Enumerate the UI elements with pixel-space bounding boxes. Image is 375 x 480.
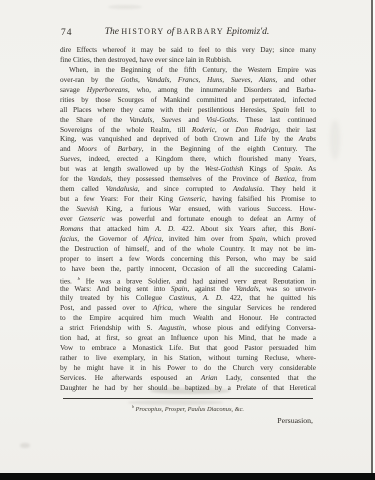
text-line: Romans that attacked him A. D. 422. Abou… [60, 224, 316, 234]
text-line: proper to insert a few Words concerning … [60, 254, 316, 264]
text-segment: Services. He afterwards espoused an [60, 373, 201, 382]
text-segment: A. D. [203, 293, 223, 302]
text-segment: facius [60, 234, 77, 243]
text-line: Vow to embrace a Monastick Life. But tha… [60, 343, 316, 353]
text-line: fine Cities, then destroyed, have ever s… [60, 55, 316, 65]
text-segment: over-ran by the [60, 75, 121, 84]
text-segment: Bætica [275, 174, 295, 183]
text-segment: A. D. [155, 224, 175, 233]
text-segment: them called [60, 184, 106, 193]
text-line: but a few Years: For their King Genseric… [60, 194, 316, 204]
scan-smudge [330, 120, 340, 160]
text-segment: the Share of the [60, 115, 129, 124]
text-segment: rities by those Scourges of Mankind comm… [60, 95, 316, 104]
text-segment: , the Governor of [77, 234, 143, 243]
text-segment: Kings of [243, 164, 284, 173]
text-line: to the Empire acquired him much Wealth a… [60, 313, 316, 323]
text-segment: He was a brave Soldier, and had gained v… [80, 276, 316, 284]
text-line: King, was vanquished and deprived of bot… [60, 134, 316, 144]
text-line: When, in the Beginning of the fifth Cent… [60, 65, 316, 75]
text-segment: Lady, consented that the [217, 373, 316, 382]
text-segment: Africa [144, 234, 162, 243]
text-segment: , having falsified his Promise to [205, 194, 316, 203]
text-segment: Vandalusia [106, 184, 138, 193]
text-segment: Vandals [236, 284, 259, 293]
text-segment: Spain [273, 105, 289, 114]
text-segment: Sovereigns of the whole Realm, till [60, 125, 192, 134]
text-segment: King, a furious War ensued, with various… [99, 204, 316, 213]
text-segment: . These last continued [237, 115, 316, 124]
text-line: Sueves, indeed, erected a Kingdom there,… [60, 154, 316, 164]
text-line: rather to live exemplary, in his Station… [60, 353, 316, 363]
text-segment: , was so unwor- [259, 284, 316, 293]
running-title: The History of Barbary Epitomiz'd. [58, 27, 316, 37]
text-segment: Epitomiz'd. [224, 27, 269, 37]
text-segment: and other [277, 75, 316, 84]
text-segment: , who, among the innumerable Disorders a… [128, 85, 316, 94]
text-segment: Goths, Vandals, Francs, Huns, Sueves, Al… [121, 75, 278, 84]
text-line: the Suevish King, a furious War ensued, … [60, 204, 316, 214]
text-line: rities by those Scourges of Mankind comm… [60, 95, 316, 105]
text-segment: . As [301, 164, 316, 173]
text-segment: , [194, 293, 203, 302]
text-segment: savage [60, 85, 87, 94]
text-line: savage Hyperboreans, who, among the innu… [60, 85, 316, 95]
text-segment: proper to insert a few Words concerning … [60, 254, 316, 263]
text-segment: the Wars: And being sent into [60, 284, 171, 293]
text-segment: Visi-Goths [206, 115, 236, 124]
text-segment: Vow to embrace a Monastick Life. But tha… [60, 343, 316, 352]
text-segment: to the Empire acquired him much Wealth a… [60, 313, 316, 322]
text-segment: Suevish [76, 204, 98, 213]
text-line: ties. b He was a brave Soldier, and had … [60, 274, 316, 284]
text-segment: Arabs [299, 134, 316, 143]
text-line: a strict Friendship with S. Augustin, wh… [60, 323, 316, 333]
text-segment: Vandals [88, 174, 111, 183]
text-segment: 422. About six Years after, this [175, 224, 300, 233]
text-segment: , whose pious and edifying Conversa- [184, 323, 316, 332]
text-line: all Places where they came with their pe… [60, 105, 316, 115]
text-segment: Moors [78, 144, 97, 153]
text-line: dire Effects whereof it may be said to f… [60, 45, 316, 55]
text-segment: Romans [60, 224, 83, 233]
text-segment: Castinus [169, 293, 194, 302]
text-segment: Genseric [79, 214, 105, 223]
text-segment: History [121, 27, 164, 36]
text-segment: , their last [278, 125, 316, 134]
text-segment: the [60, 204, 76, 213]
text-line: to have been the, partly innocent, Occas… [60, 264, 316, 274]
text-segment: 422, that he quitted his [223, 293, 316, 302]
text-segment: of [97, 144, 118, 153]
scanned-book-page: 74 The History of Barbary Epitomiz'd. di… [0, 0, 375, 480]
text-segment: Don Rodrigo [235, 125, 278, 134]
text-line: but was at length swallowed up by the We… [60, 164, 316, 174]
text-segment: Barbary [118, 144, 142, 153]
text-line: over-ran by the Goths, Vandals, Francs, … [60, 75, 316, 85]
text-segment: , from [295, 174, 316, 183]
text-segment: Daughter he had by her should be baptize… [60, 383, 316, 392]
text-segment: , and since corrupted to [138, 184, 233, 193]
text-segment: Augustin [159, 323, 185, 332]
text-segment: but a few Years: For their King [60, 194, 179, 203]
text-segment: of [165, 27, 177, 37]
text-segment: , where the singular Services he rendere… [171, 303, 316, 312]
text-segment: Procopius, Prosper, Paulus Diaconus, &c. [134, 406, 244, 413]
text-line: the Destruction of himself, and of the w… [60, 244, 316, 254]
text-segment: rather to live exemplary, in his Station… [60, 353, 316, 362]
text-segment: The [105, 27, 122, 37]
bottom-scan-bar [0, 473, 375, 480]
text-segment: Hyperboreans [87, 85, 128, 94]
text-line: facius, the Governor of Africa, invited … [60, 234, 316, 244]
text-line: tion had, at first, so great an Influenc… [60, 333, 316, 343]
text-segment: . They held it [262, 184, 316, 193]
text-segment: , or [215, 125, 236, 134]
text-line: by he might have it in his Power to do t… [60, 363, 316, 373]
text-line: Daughter he had by her should be baptize… [60, 383, 316, 393]
text-segment: Spain [284, 164, 300, 173]
text-segment: ties. [60, 276, 78, 284]
text-line: ever Genseric was powerful and fortunate… [60, 214, 316, 224]
text-segment: ever [60, 214, 79, 223]
text-line: Sovereigns of the whole Realm, till Rode… [60, 125, 316, 135]
body-text: dire Effects whereof it may be said to f… [60, 45, 316, 393]
text-segment: fell to [289, 105, 316, 114]
text-segment: all Places where they came with their pe… [60, 105, 273, 114]
text-segment: , against the [187, 284, 235, 293]
scan-smudge [20, 443, 30, 448]
text-segment: was powerful and fortunate enough to def… [105, 214, 316, 223]
text-segment: When, in the Beginning of the fifth Cent… [69, 65, 316, 74]
text-segment: Spain [171, 284, 187, 293]
scan-smudge [108, 5, 142, 9]
text-segment: by he might have it in his Power to do t… [60, 363, 316, 372]
text-segment: for the [60, 174, 88, 183]
text-segment: Spain [249, 234, 265, 243]
catchword: Persuasion, [60, 416, 313, 425]
text-segment: Vandals, Sueves [129, 115, 181, 124]
text-segment: , they possessed themselves of the Provi… [111, 174, 275, 183]
text-segment: Roderic [192, 125, 215, 134]
text-segment: , which proved [265, 234, 316, 243]
text-segment: West-Gothish [205, 164, 244, 173]
text-segment: Africa [153, 303, 171, 312]
text-segment: tion had, at first, so great an Influenc… [60, 333, 316, 342]
text-segment: , invited him over from [162, 234, 249, 243]
footnote-rule [63, 398, 313, 399]
text-segment: that attacked him [83, 224, 155, 233]
text-segment: Sueves [60, 154, 80, 163]
text-segment: , in the Beginning of the eighth Century… [142, 144, 316, 153]
text-segment: a strict Friendship with S. [60, 323, 159, 332]
text-line: Services. He afterwards espoused an Aria… [60, 373, 316, 383]
text-segment: Arian [201, 373, 217, 382]
text-line: thily treated by his Collegue Castinus, … [60, 293, 316, 303]
text-segment: Genseric [179, 194, 205, 203]
text-segment: Andalusia [233, 184, 262, 193]
text-line: the Wars: And being sent into Spain, aga… [60, 284, 316, 294]
text-segment: thily treated by his Collegue [60, 293, 169, 302]
text-segment: , indeed, erected a Kingdom there, which… [80, 154, 316, 163]
text-line: them called Vandalusia, and since corrup… [60, 184, 316, 194]
text-segment: Post, and passed over to [60, 303, 153, 312]
text-line: and Moors of Barbary, in the Beginning o… [60, 144, 316, 154]
text-line: for the Vandals, they possessed themselv… [60, 174, 316, 184]
text-segment: to have been the, partly innocent, Occas… [60, 264, 316, 273]
text-segment: the Destruction of himself, and of the w… [60, 244, 316, 253]
text-line: the Share of the Vandals, Sueves and Vis… [60, 115, 316, 125]
text-segment: Boni- [300, 224, 316, 233]
text-segment: but was at length swallowed up by the [60, 164, 205, 173]
text-segment: dire Effects whereof it may be said to f… [60, 45, 316, 54]
text-segment: and [181, 115, 206, 124]
footnote-text: b Procopius, Prosper, Paulus Diaconus, &… [60, 404, 316, 413]
text-segment: fine Cities, then destroyed, have ever s… [60, 55, 232, 64]
text-segment: King, was vanquished and deprived of bot… [60, 134, 299, 143]
text-segment: Barbary [177, 27, 224, 36]
text-segment: and [60, 144, 78, 153]
text-line: Post, and passed over to Africa, where t… [60, 303, 316, 313]
